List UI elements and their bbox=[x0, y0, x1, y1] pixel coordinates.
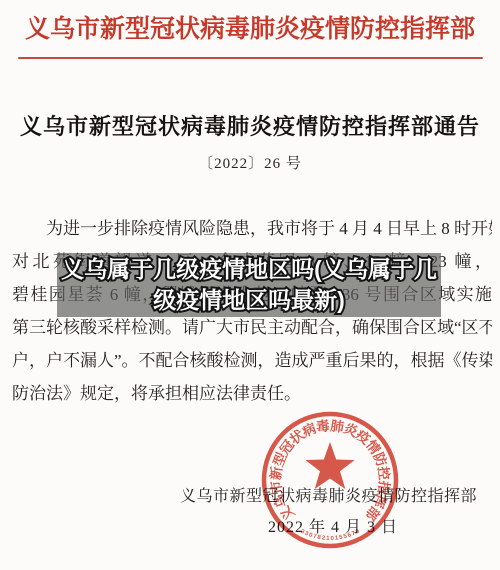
caption-line-2: 级疫情地区吗最新) bbox=[57, 285, 441, 316]
seal-ring bbox=[264, 414, 396, 546]
caption-line-1: 义乌属于几级疫情地区吗(义乌属于几 bbox=[57, 254, 441, 285]
letterhead-org-title: 义乌市新型冠状病毒肺炎疫情防控指挥部 bbox=[0, 9, 500, 45]
official-seal: 义乌市新型冠状病毒肺炎疫情防控指挥部 33078210155679 bbox=[255, 405, 405, 555]
svg-text:9: 9 bbox=[355, 528, 361, 535]
star-icon bbox=[305, 442, 354, 489]
letterhead-divider bbox=[18, 57, 483, 59]
notice-title: 义乌市新型冠状病毒肺炎疫情防控指挥部通告 bbox=[0, 110, 500, 141]
document-page: 义乌市新型冠状病毒肺炎疫情防控指挥部 义乌市新型冠状病毒肺炎疫情防控指挥部通告 … bbox=[0, 0, 500, 570]
caption-overlay: 义乌属于几级疫情地区吗(义乌属于几 级疫情地区吗最新) bbox=[57, 253, 441, 317]
body-line: 防治法》规定，将承担相应法律责任。 bbox=[12, 377, 492, 410]
body-line: 户，户不漏人”。不配合核酸检测，造成严重后果的，根据《传染病 bbox=[12, 344, 492, 377]
doc-number: 〔2022〕26 号 bbox=[0, 152, 500, 173]
body-line: 为进一步排除疫情风险隐患，我市将于 4 月 4 日早上 8 时开始， bbox=[12, 212, 492, 245]
